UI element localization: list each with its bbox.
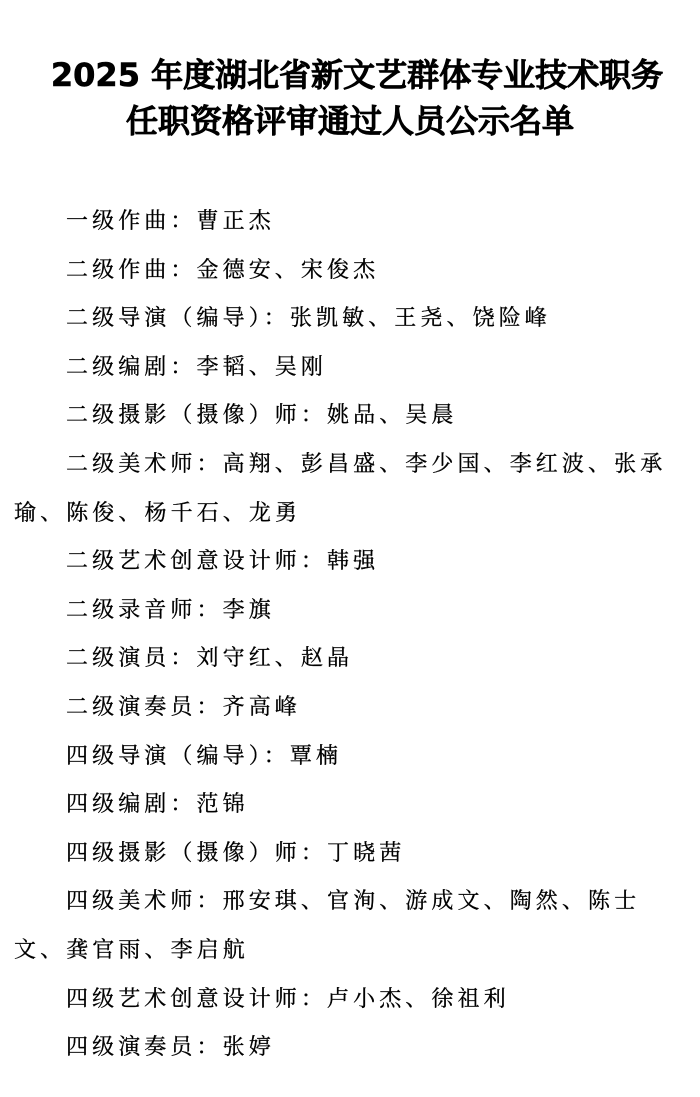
list-item: 二级演员：刘守红、赵晶 (14, 635, 690, 684)
list-item: 二级编剧：李韬、吴刚 (14, 344, 690, 393)
title-line-2: 任职资格评审通过人员公示名单 (0, 98, 700, 144)
list-item: 四级编剧：范锦 (14, 781, 690, 830)
list-item: 四级导演（编导）：覃楠 (14, 733, 690, 782)
list-item: 二级演奏员：齐高峰 (14, 684, 690, 733)
list-item: 二级作曲：金德安、宋俊杰 (14, 247, 690, 296)
list-item: 四级艺术创意设计师：卢小杰、徐祖利 (14, 976, 690, 1025)
list-item: 二级录音师：李旗 (14, 587, 690, 636)
list-item: 四级美术师：邢安琪、官洵、游成文、陶然、陈士文、龚官雨、李启航 (14, 878, 690, 975)
list-item: 二级导演（编导）：张凯敏、王尧、饶险峰 (14, 295, 690, 344)
title-line-1: 2025 年度湖北省新文艺群体专业技术职务 (0, 52, 700, 98)
list-item: 二级美术师：高翔、彭昌盛、李少国、李红波、张承瑜、陈俊、杨千石、龙勇 (14, 441, 690, 538)
list-item: 四级演奏员：张婷 (14, 1024, 690, 1073)
list-item: 二级摄影（摄像）师：姚品、吴晨 (14, 392, 690, 441)
list-item: 二级艺术创意设计师：韩强 (14, 538, 690, 587)
list-item: 四级摄影（摄像）师：丁晓茜 (14, 830, 690, 879)
name-list: 一级作曲：曹正杰 二级作曲：金德安、宋俊杰 二级导演（编导）：张凯敏、王尧、饶险… (14, 198, 690, 1073)
list-item: 一级作曲：曹正杰 (14, 198, 690, 247)
document-title: 2025 年度湖北省新文艺群体专业技术职务 任职资格评审通过人员公示名单 (0, 52, 700, 144)
